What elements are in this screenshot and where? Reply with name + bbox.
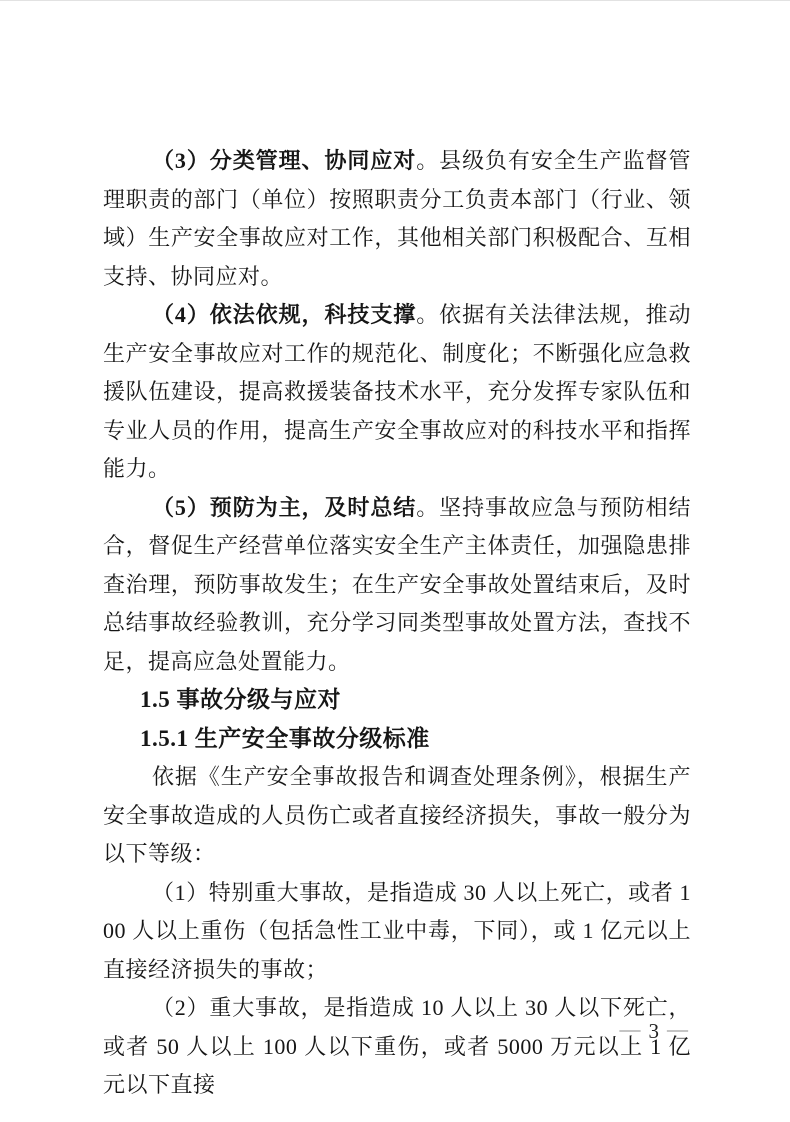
paragraph-principle-4-lead: （4）依法依规，科技支撑 [152, 302, 416, 327]
heading-section-1-5-1: 1.5.1 生产安全事故分级标准 [103, 720, 691, 759]
paragraph-principle-4-text: 。依据有关法律法规，推动生产安全事故应对工作的规范化、制度化；不断强化应急救援队… [103, 302, 691, 481]
paragraph-principle-3: （3）分类管理、协同应对。县级负有安全生产监督管理职责的部门（单位）按照职责分工… [103, 142, 691, 296]
paragraph-principle-3-lead: （3）分类管理、协同应对 [152, 148, 416, 173]
paragraph-principle-5-lead: （5）预防为主，及时总结 [152, 495, 416, 520]
paragraph-accident-level-2: （2）重大事故，是指造成 10 人以上 30 人以下死亡，或者 50 人以上 1… [103, 989, 691, 1105]
heading-section-1-5: 1.5 事故分级与应对 [103, 681, 691, 720]
page-number-value: 3 [649, 1019, 662, 1043]
page-number-dash-right: — [667, 1017, 690, 1041]
page-number: —3— [620, 1019, 691, 1043]
document-body: （3）分类管理、协同应对。县级负有安全生产监督管理职责的部门（单位）按照职责分工… [103, 142, 691, 1105]
document-page: （3）分类管理、协同应对。县级负有安全生产监督管理职责的部门（单位）按照职责分工… [0, 0, 790, 1122]
paragraph-principle-5-text: 。坚持事故应急与预防相结合，督促生产经营单位落实安全生产主体责任，加强隐患排查治… [103, 495, 691, 674]
paragraph-principle-5: （5）预防为主，及时总结。坚持事故应急与预防相结合，督促生产经营单位落实安全生产… [103, 489, 691, 682]
page-number-dash-left: — [620, 1017, 643, 1041]
paragraph-principle-4: （4）依法依规，科技支撑。依据有关法律法规，推动生产安全事故应对工作的规范化、制… [103, 296, 691, 489]
paragraph-grading-basis: 依据《生产安全事故报告和调查处理条例》，根据生产安全事故造成的人员伤亡或者直接经… [103, 758, 691, 874]
paragraph-accident-level-1: （1）特别重大事故，是指造成 30 人以上死亡，或者 100 人以上重伤（包括急… [103, 874, 691, 990]
